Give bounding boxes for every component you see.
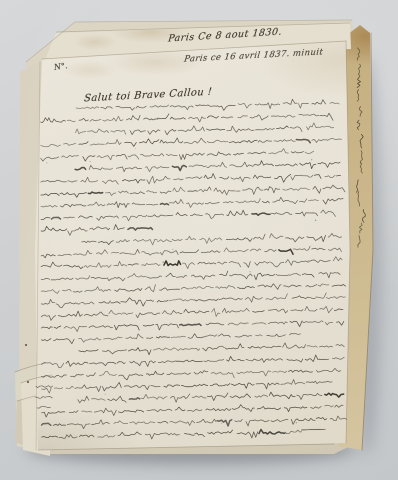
manuscript-photo: Paris Ce 8 aout 1830. Paris ce 16 avril … bbox=[0, 0, 398, 480]
handwriting-ink-overlay bbox=[0, 0, 398, 480]
folio-mark: N°. bbox=[53, 61, 68, 72]
closing-dash: ——— bbox=[301, 425, 325, 436]
